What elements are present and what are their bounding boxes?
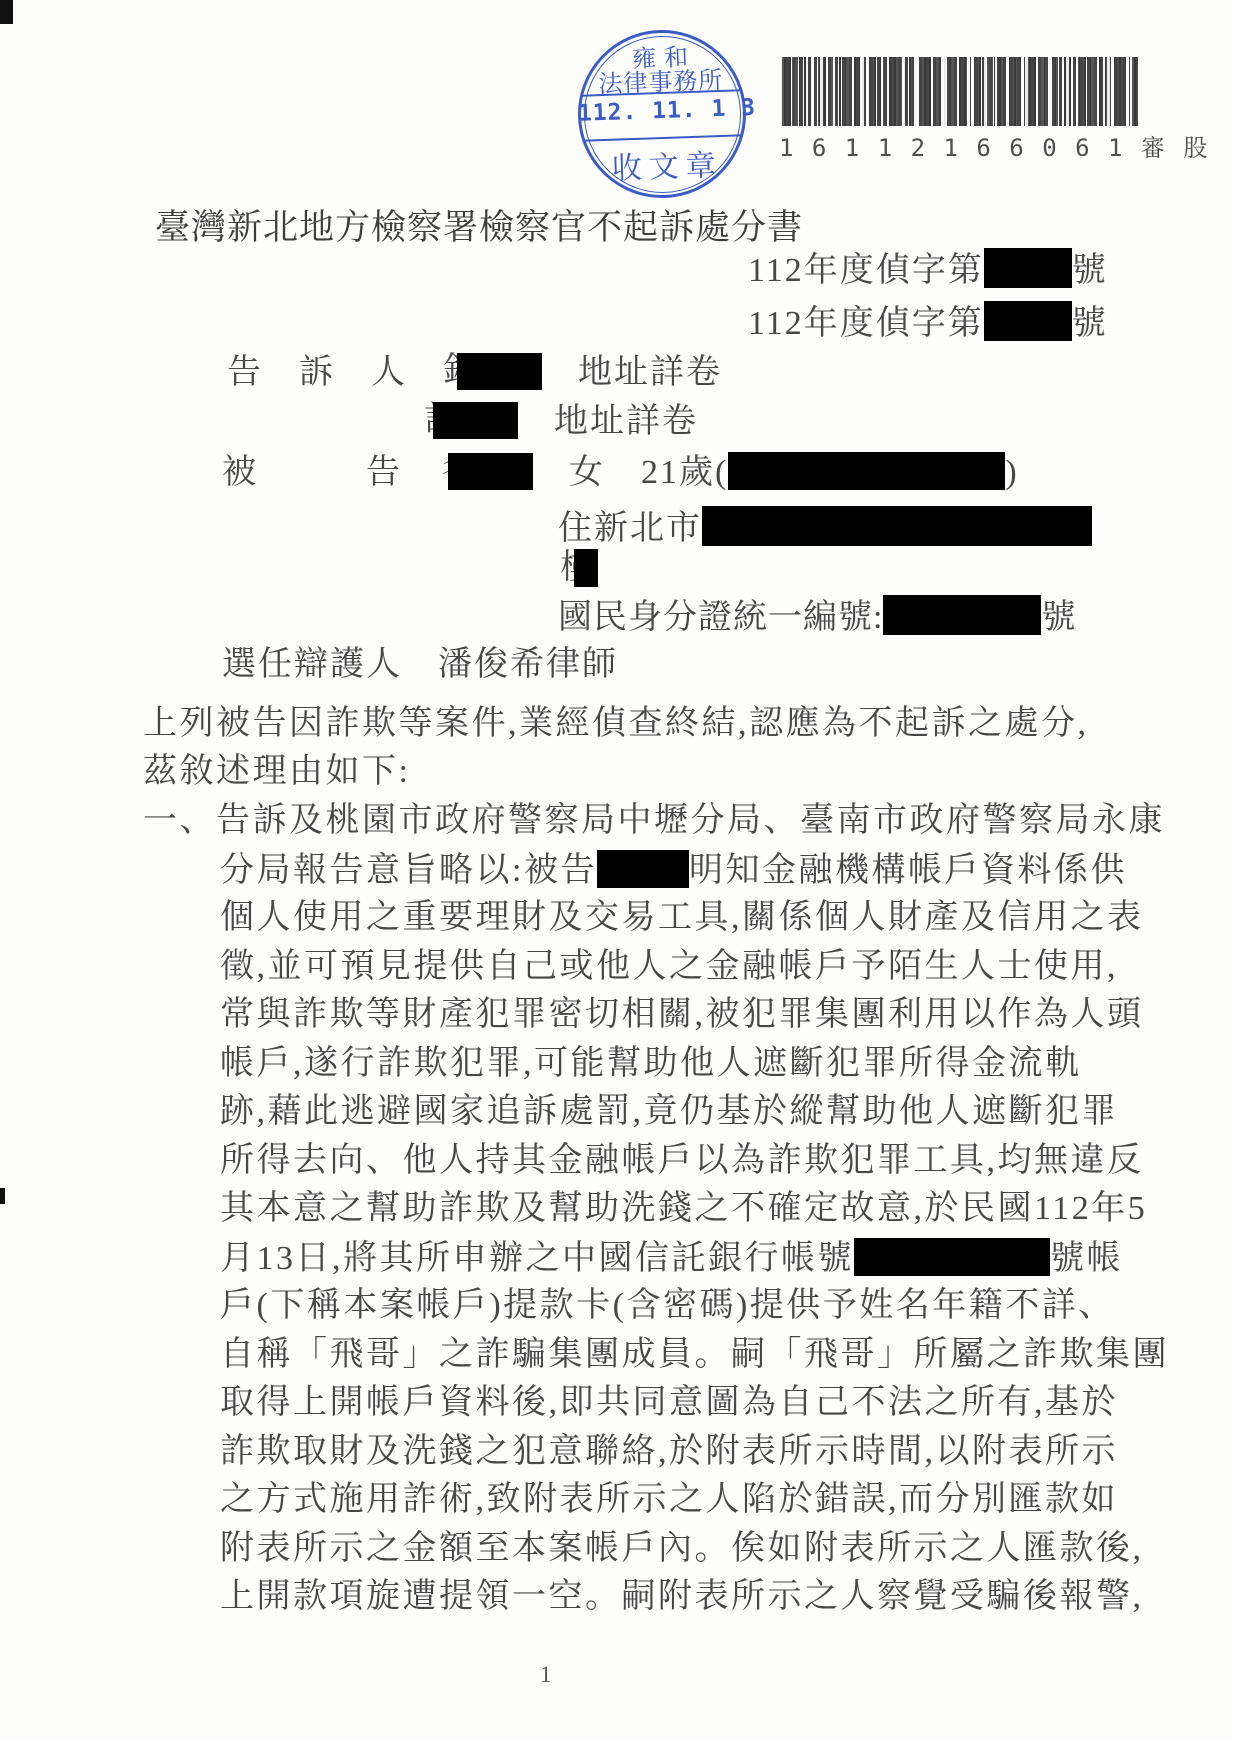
defendant-line: 被 告 彳 女 21歲() [222, 451, 1019, 493]
text-run: 個人使用之重要理財及交易工具,關係個人財產及信用之表 [220, 899, 1144, 936]
stamp-received-label: 收文章 [579, 139, 748, 189]
barcode: 1 6 1 1 2 1 6 6 0 6 1 審 股 [779, 57, 1138, 163]
redaction-box [883, 595, 1041, 635]
scan-artifact [0, 0, 13, 24]
text-run: 取得上開帳戶資料後,即共同意圖為自己不法之所有,基於 [220, 1384, 1118, 1421]
body-line-8: 帳戶,遂行詐欺犯罪,可能幫助他人遮斷犯罪所得金流軌 [220, 1044, 1082, 1084]
redaction-box [984, 301, 1072, 341]
partial-redacted-char: 釒 [443, 351, 457, 391]
redaction-box [854, 1238, 1050, 1276]
text-run: 住新北市 [558, 510, 702, 547]
text-run: 地址詳卷 [542, 354, 722, 391]
body-line-9: 跡,藉此逃避國家追訴處罰,竟仍基於縱幫助他人遮斷犯罪 [220, 1092, 1118, 1132]
text-run: 號帳 [1050, 1240, 1123, 1277]
text-run: 女 21歲( [533, 454, 728, 491]
redaction-box [984, 248, 1072, 288]
text-run: ) [1005, 454, 1018, 491]
text-run: 地址詳卷 [518, 403, 698, 440]
redaction-box [448, 453, 533, 490]
text-run: 茲敘述理由如下: [143, 753, 410, 790]
text-run: 跡,藉此逃避國家追訴處罰,竟仍基於縱幫助他人遮斷犯罪 [220, 1093, 1118, 1130]
body-line-4: 分局報告意旨略以:被告明知金融機構帳戶資料係供 [220, 850, 1127, 891]
text-run: 附表所示之金額至本案帳戶內。俟如附表所示之人匯款後, [220, 1530, 1144, 1567]
complainant-line-2: 訁 地址詳卷 [424, 400, 698, 442]
body-line-16: 詐欺取財及洗錢之犯意聯絡,於附表所示時間,以附表所示 [220, 1432, 1118, 1472]
text-run: 號 [1041, 599, 1076, 636]
case-number-line-2: 112年度偵字第號 [748, 301, 1108, 344]
body-line-5: 個人使用之重要理財及交易工具,關係個人財產及信用之表 [220, 898, 1144, 938]
body-line-14: 自稱「飛哥」之詐騙集團成員。嗣「飛哥」所屬之詐欺集團 [220, 1335, 1169, 1375]
text-run: 國民身分證統一編號: [558, 599, 883, 636]
complainant-line-1: 告 訴 人 釒 地址詳卷 [227, 351, 722, 393]
defense-counsel-line: 選任辯護人 潘俊希律師 [222, 645, 618, 685]
body-line-6: 徵,並可預見提供自己或他人之金融帳戶予陌生人士使用, [220, 947, 1118, 987]
text-run: 上列被告因詐欺等案件,業經偵查終結,認應為不起訴之處分, [143, 705, 1089, 742]
partial-redacted-char: 彳 [438, 451, 448, 491]
case-number-line-1: 112年度偵字第號 [748, 248, 1108, 291]
scan-artifact [0, 1188, 5, 1204]
body-line-10: 所得去向、他人持其金融帳戶以為詐欺犯罪工具,均無違反 [220, 1141, 1144, 1181]
text-run: 112年度偵字第 [748, 252, 984, 289]
text-run: 詐欺取財及洗錢之犯意聯絡,於附表所示時間,以附表所示 [220, 1433, 1118, 1470]
national-id-line: 國民身分證統一編號:號 [558, 595, 1076, 638]
body-line-2: 茲敘述理由如下: [143, 752, 410, 792]
text-run: 號 [1072, 305, 1108, 342]
barcode-bars [779, 57, 1138, 126]
text-run: 自稱「飛哥」之詐騙集團成員。嗣「飛哥」所屬之詐欺集團 [220, 1336, 1169, 1373]
redaction-box [728, 452, 1005, 490]
text-run: 明知金融機構帳戶資料係供 [689, 852, 1127, 889]
body-line-18: 附表所示之金額至本案帳戶內。俟如附表所示之人匯款後, [220, 1529, 1144, 1569]
redaction-box [702, 506, 1092, 546]
text-run: 告 訴 人 [227, 354, 443, 391]
redaction-box [574, 549, 598, 587]
body-line-17: 之方式施用詐術,致附表所示之人陷於錯誤,而分別匯款如 [220, 1480, 1118, 1520]
body-line-7: 常與詐欺等財產犯罪密切相關,被犯罪集團利用以作為人頭 [220, 995, 1144, 1035]
body-line-13: 戶(下稱本案帳戶)提款卡(含密碼)提供予姓名年籍不詳、 [220, 1286, 1115, 1326]
text-run: 月13日,將其所申辦之中國信託銀行帳號 [220, 1240, 854, 1277]
defendant-address-line-2: 樓 [560, 548, 598, 590]
text-run: 一、告訴及桃園市政府警察局中壢分局、臺南市政府警察局永康 [143, 802, 1165, 839]
text-run: 被 告 [222, 454, 438, 491]
body-line-19: 上開款項旋遭提領一空。嗣附表所示之人察覺受騙後報警, [220, 1577, 1144, 1617]
document-page: 雍和 法律事務所 112. 11. 1 3 收文章 1 6 1 1 2 1 6 … [0, 0, 1234, 1740]
body-line-1: 上列被告因詐欺等案件,業經偵查終結,認應為不起訴之處分, [143, 704, 1089, 744]
body-line-15: 取得上開帳戶資料後,即共同意圖為自己不法之所有,基於 [220, 1383, 1118, 1423]
barcode-number: 1 6 1 1 2 1 6 6 0 6 1 審 股 [779, 128, 1138, 163]
redaction-box [433, 402, 518, 439]
body-line-12: 月13日,將其所申辦之中國信託銀行帳號號帳 [220, 1238, 1123, 1279]
text-run: 分局報告意旨略以:被告 [220, 852, 597, 889]
partial-redacted-char: 訁 [424, 400, 433, 440]
body-line-11: 其本意之幫助詐欺及幫助洗錢之不確定故意,於民國112年5 [220, 1189, 1147, 1229]
text-run: 選任辯護人 潘俊希律師 [222, 646, 618, 683]
defendant-address-line-1: 住新北市 [558, 506, 1092, 549]
redaction-box [597, 850, 689, 888]
document-title: 臺灣新北地方檢察署檢察官不起訴處分書 [155, 200, 803, 250]
redaction-box [457, 353, 542, 390]
text-run: 戶(下稱本案帳戶)提款卡(含密碼)提供予姓名年籍不詳、 [220, 1287, 1115, 1324]
text-run: 上開款項旋遭提領一空。嗣附表所示之人察覺受騙後報警, [220, 1578, 1144, 1615]
text-run: 所得去向、他人持其金融帳戶以為詐欺犯罪工具,均無違反 [220, 1142, 1144, 1179]
text-run: 帳戶,遂行詐欺犯罪,可能幫助他人遮斷犯罪所得金流軌 [220, 1045, 1082, 1082]
text-run: 112年度偵字第 [748, 305, 984, 342]
body-line-3: 一、告訴及桃園市政府警察局中壢分局、臺南市政府警察局永康 [143, 801, 1165, 841]
law-firm-received-stamp: 雍和 法律事務所 112. 11. 1 3 收文章 [575, 27, 749, 201]
partial-redacted-char: 樓 [560, 548, 574, 588]
page-number: 1 [540, 1662, 552, 1688]
text-run: 之方式施用詐術,致附表所示之人陷於錯誤,而分別匯款如 [220, 1481, 1118, 1518]
text-run: 號 [1072, 252, 1108, 289]
text-run: 常與詐欺等財產犯罪密切相關,被犯罪集團利用以作為人頭 [220, 996, 1144, 1033]
text-run: 徵,並可預見提供自己或他人之金融帳戶予陌生人士使用, [220, 948, 1118, 985]
text-run: 其本意之幫助詐欺及幫助洗錢之不確定故意,於民國112年5 [220, 1190, 1147, 1227]
